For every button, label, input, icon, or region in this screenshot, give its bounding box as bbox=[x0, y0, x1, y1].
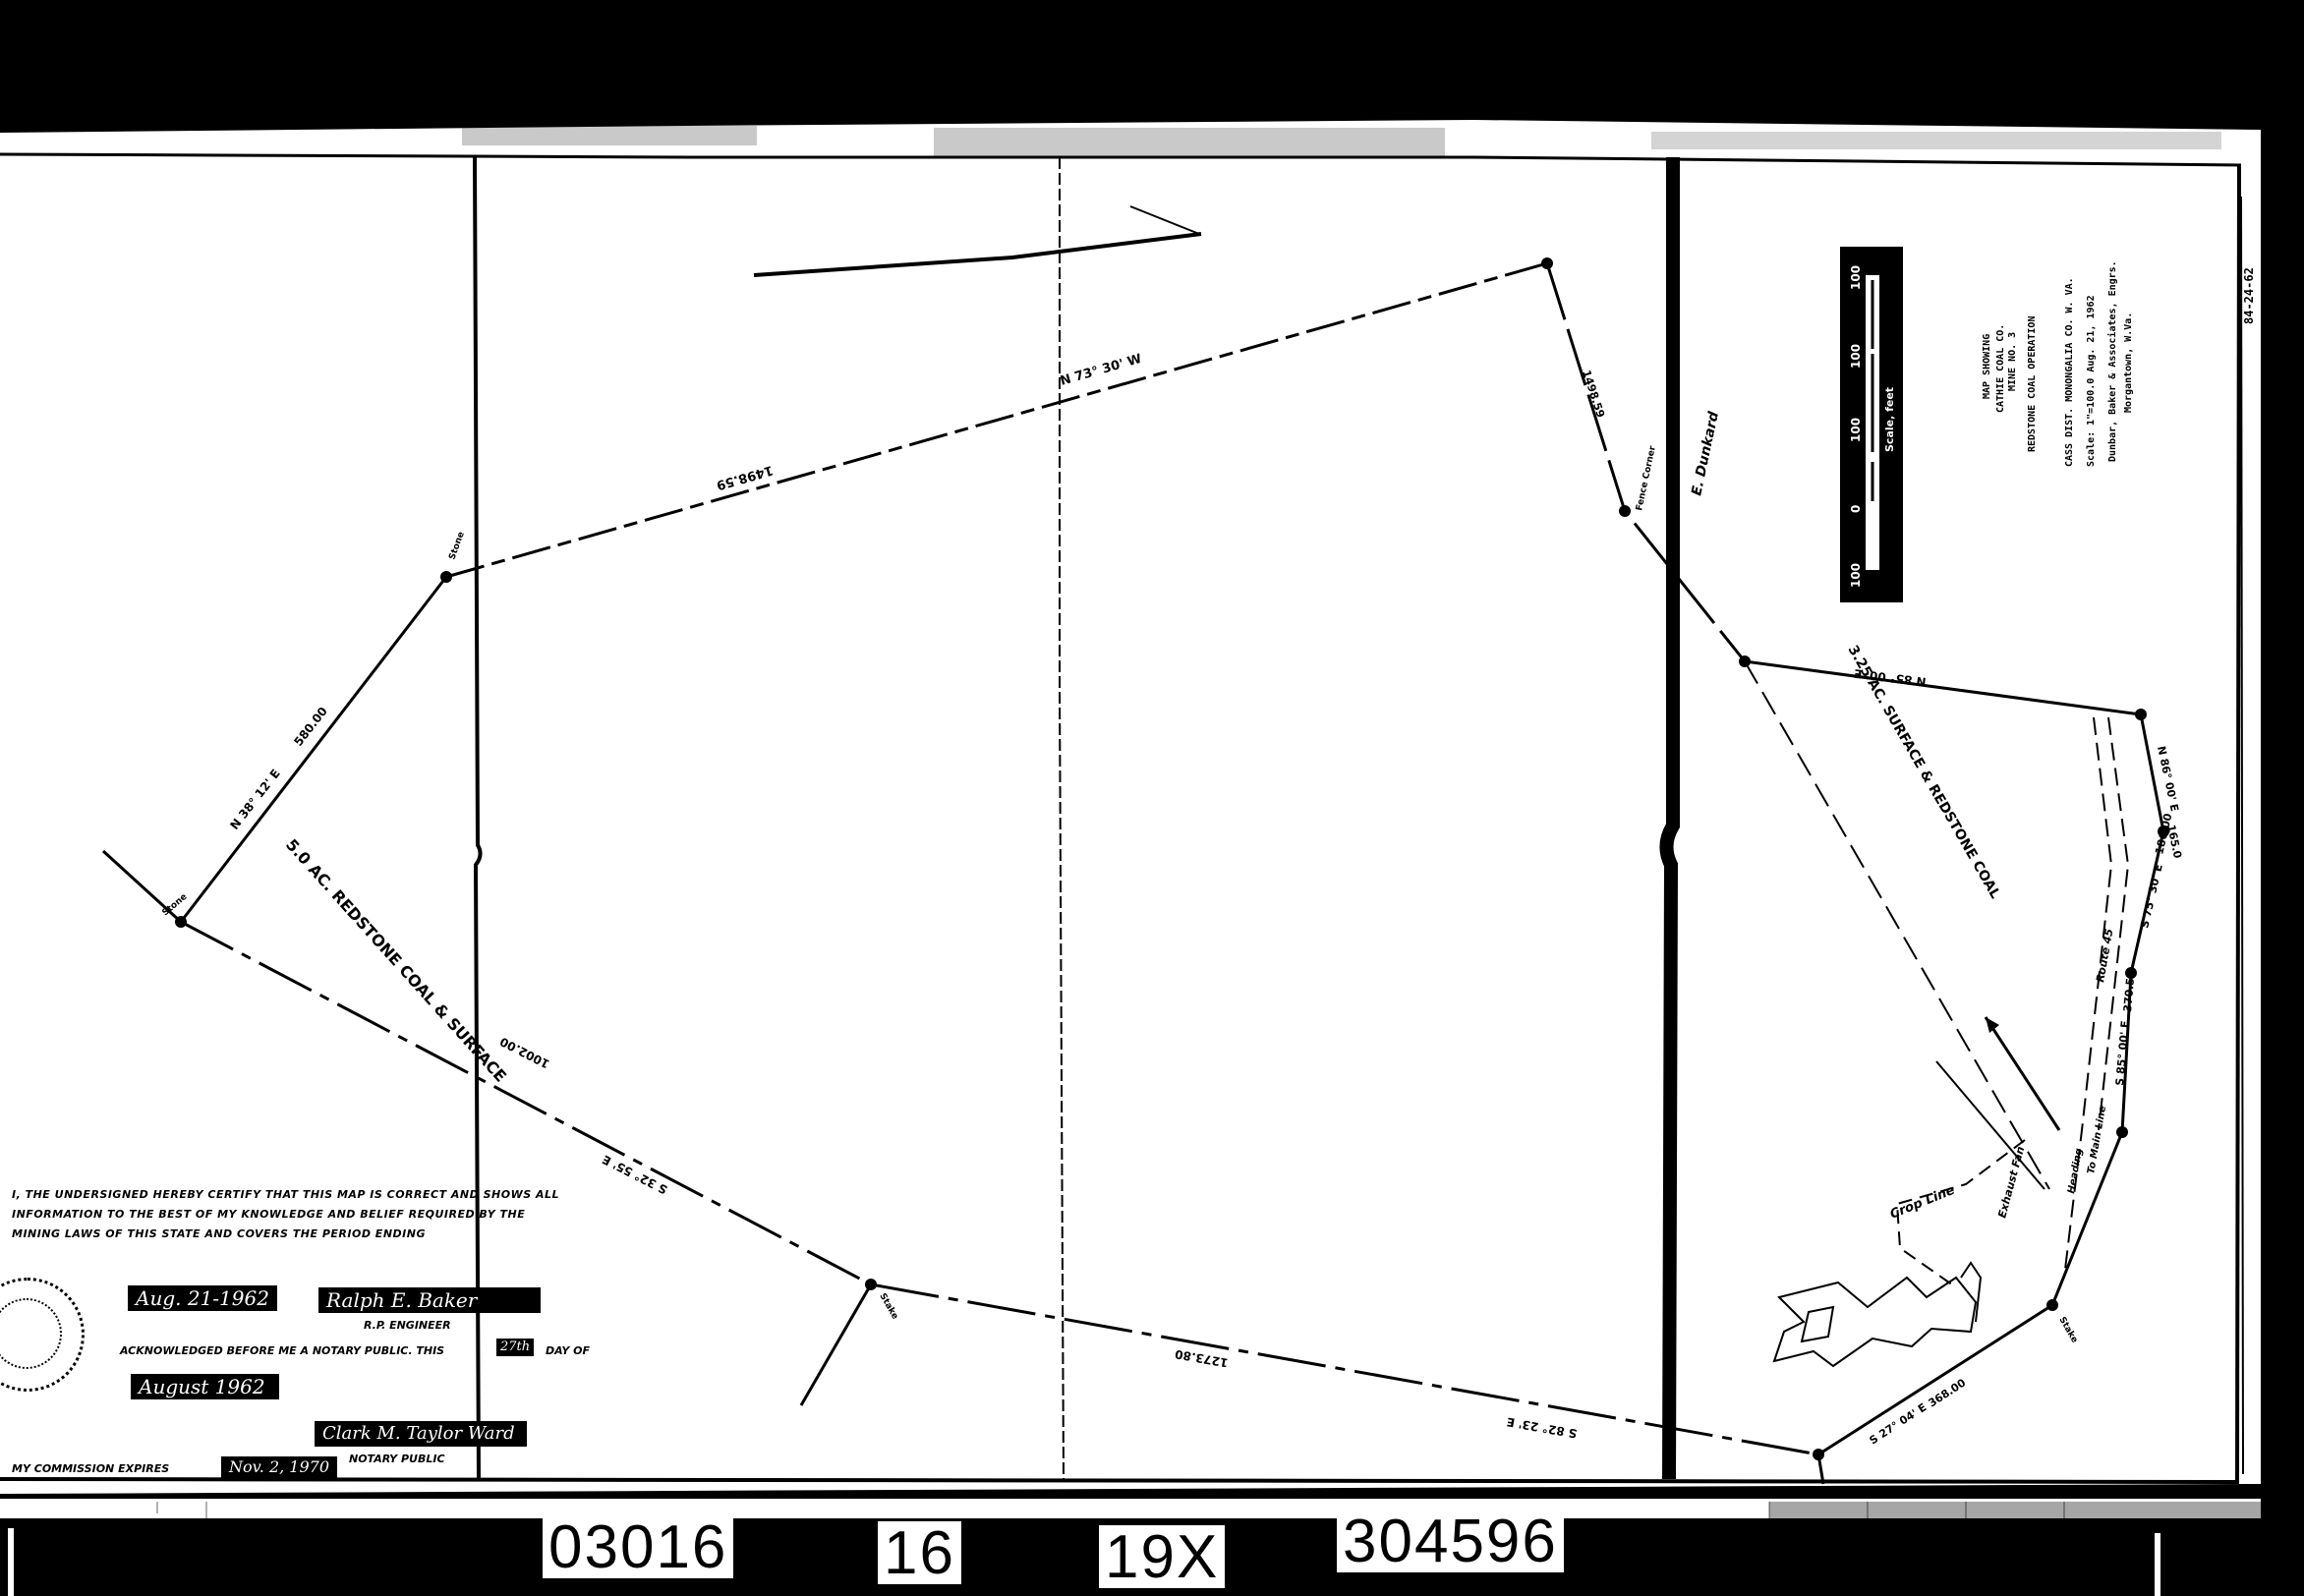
title-line: MAP SHOWING bbox=[1982, 334, 1992, 399]
margin-note: 84-24-62 bbox=[2242, 267, 2256, 324]
engineer-signature: Ralph E. Baker bbox=[318, 1287, 541, 1313]
title-line: REDSTONE COAL OPERATION bbox=[2027, 316, 2038, 452]
scale-tick: 100 bbox=[1849, 265, 1863, 290]
scale-tick: 100 bbox=[1849, 344, 1863, 369]
title-line: MINE NO. 3 bbox=[2007, 332, 2018, 391]
acknowledgment-month-year: August 1962 bbox=[131, 1374, 279, 1399]
scale-label: Scale, feet bbox=[1883, 387, 1896, 452]
acknowledgment-day: 27th bbox=[496, 1339, 534, 1356]
acknowledgment-day-suffix: DAY OF bbox=[546, 1344, 590, 1357]
engineer-title: R.P. ENGINEER bbox=[364, 1319, 451, 1332]
film-index-code: 304596 bbox=[1337, 1510, 1564, 1572]
title-line: CATHIE COAL CO. bbox=[1995, 324, 2006, 413]
acknowledgment-text: ACKNOWLEDGED BEFORE ME A NOTARY PUBLIC. … bbox=[120, 1344, 444, 1357]
certification-statement: I, THE UNDERSIGNED HEREBY CERTIFY THAT T… bbox=[12, 1185, 562, 1244]
title-line: Scale: 1"=100.0 Aug. 21, 1962 bbox=[2086, 295, 2097, 467]
scanned-mine-map: 100 0 100 100 100 Scale, feet MAP SHOWIN… bbox=[0, 0, 2304, 1596]
scale-bar: 100 0 100 100 100 Scale, feet bbox=[1840, 247, 1903, 602]
scale-tick: 100 bbox=[1849, 418, 1863, 442]
scale-tick: 100 bbox=[1849, 563, 1863, 588]
notary-signature: Clark M. Taylor Ward bbox=[315, 1421, 527, 1447]
film-index-code: 16 bbox=[878, 1521, 961, 1584]
title-line: CASS DIST. MONONGALIA CO. W. VA. bbox=[2064, 277, 2075, 467]
certification-date: Aug. 21-1962 bbox=[128, 1285, 277, 1311]
commission-label: MY COMMISSION EXPIRES bbox=[12, 1462, 169, 1475]
film-index-code: 03016 bbox=[543, 1515, 733, 1578]
commission-date: Nov. 2, 1970 bbox=[221, 1456, 337, 1478]
title-line: Dunbar, Baker & Associates, Engrs. bbox=[2106, 260, 2118, 462]
film-index-code: 19X bbox=[1099, 1525, 1225, 1588]
notary-title: NOTARY PUBLIC bbox=[349, 1453, 445, 1465]
fold-line bbox=[1666, 157, 1673, 1479]
title-line: Morgantown, W.Va. bbox=[2123, 313, 2134, 413]
scale-tick: 0 bbox=[1849, 505, 1863, 513]
